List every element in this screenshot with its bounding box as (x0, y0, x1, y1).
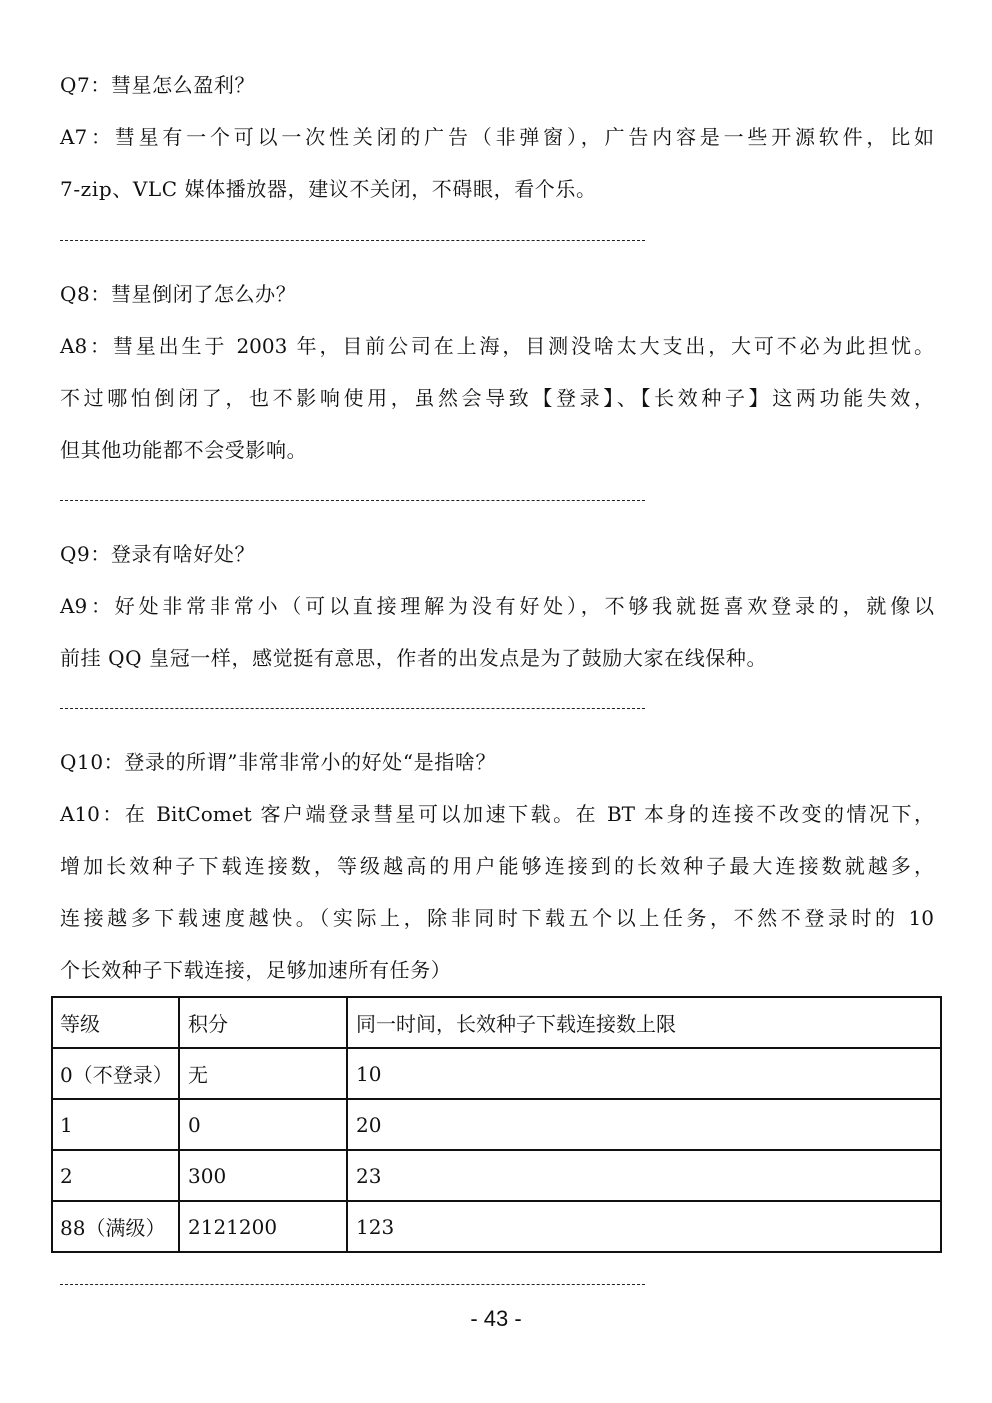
answer-q9-line-1: A9：好处非常非常小（可以直接理解为没有好处），不够我就挺喜欢登录的，就像以 (60, 592, 934, 620)
answer-q7-line-1: A7：彗星有一个可以一次性关闭的广告（非弹窗），广告内容是一些开源软件，比如 (60, 123, 934, 151)
cell-points: 0 (179, 1099, 347, 1150)
question-q8: Q8：彗星倒闭了怎么办？ (60, 280, 296, 308)
answer-q9-line-2: 前挂 QQ 皇冠一样，感觉挺有意思，作者的出发点是为了鼓励大家在线保种。 (60, 644, 767, 672)
table-row: 0（不登录） 无 10 (52, 1048, 941, 1099)
cell-connection-limit: 10 (347, 1048, 941, 1099)
answer-q10-line-4: 个长效种子下载连接，足够加速所有任务） (60, 956, 451, 984)
table-header-row: 等级 积分 同一时间，长效种子下载连接数上限 (52, 997, 941, 1048)
question-q10: Q10：登录的所谓”非常非常小的好处“是指啥？ (60, 748, 496, 776)
answer-q8-line-3: 但其他功能都不会受影响。 (60, 436, 307, 464)
cell-connection-limit: 20 (347, 1099, 941, 1150)
cell-level: 0（不登录） (52, 1048, 179, 1099)
answer-q10-line-3: 连接越多下载速度越快。（实际上，除非同时下载五个以上任务，不然不登录时的 10 (60, 904, 934, 932)
dashed-separator (60, 708, 645, 709)
answer-q7-line-2: 7-zip、VLC 媒体播放器，建议不关闭，不碍眼，看个乐。 (60, 175, 597, 203)
dashed-separator (60, 240, 645, 241)
cell-points: 2121200 (179, 1201, 347, 1252)
answer-q8-line-2: 不过哪怕倒闭了，也不影响使用，虽然会导致【登录】、【长效种子】这两功能失效， (60, 384, 934, 412)
table-row: 88（满级） 2121200 123 (52, 1201, 941, 1252)
dashed-separator (60, 500, 645, 501)
table-row: 2 300 23 (52, 1150, 941, 1201)
cell-connection-limit: 123 (347, 1201, 941, 1252)
cell-level: 88（满级） (52, 1201, 179, 1252)
level-connection-table: 等级 积分 同一时间，长效种子下载连接数上限 0（不登录） 无 10 1 0 2… (51, 996, 942, 1253)
header-points: 积分 (179, 997, 347, 1048)
answer-q10-line-2: 增加长效种子下载连接数，等级越高的用户能够连接到的长效种子最大连接数就越多， (60, 852, 934, 880)
header-level: 等级 (52, 997, 179, 1048)
cell-level: 2 (52, 1150, 179, 1201)
question-q9: Q9：登录有啥好处？ (60, 540, 255, 568)
page-number: - 43 - (0, 1306, 992, 1332)
cell-level: 1 (52, 1099, 179, 1150)
question-q7: Q7：彗星怎么盈利？ (60, 71, 255, 99)
answer-q8-line-1: A8：彗星出生于 2003 年，目前公司在上海，目测没啥太大支出，大可不必为此担… (60, 332, 934, 360)
header-connection-limit: 同一时间，长效种子下载连接数上限 (347, 997, 941, 1048)
cell-points: 300 (179, 1150, 347, 1201)
table-row: 1 0 20 (52, 1099, 941, 1150)
cell-points: 无 (179, 1048, 347, 1099)
cell-connection-limit: 23 (347, 1150, 941, 1201)
dashed-separator (60, 1284, 645, 1285)
answer-q10-line-1: A10：在 BitComet 客户端登录彗星可以加速下载。在 BT 本身的连接不… (60, 800, 934, 828)
